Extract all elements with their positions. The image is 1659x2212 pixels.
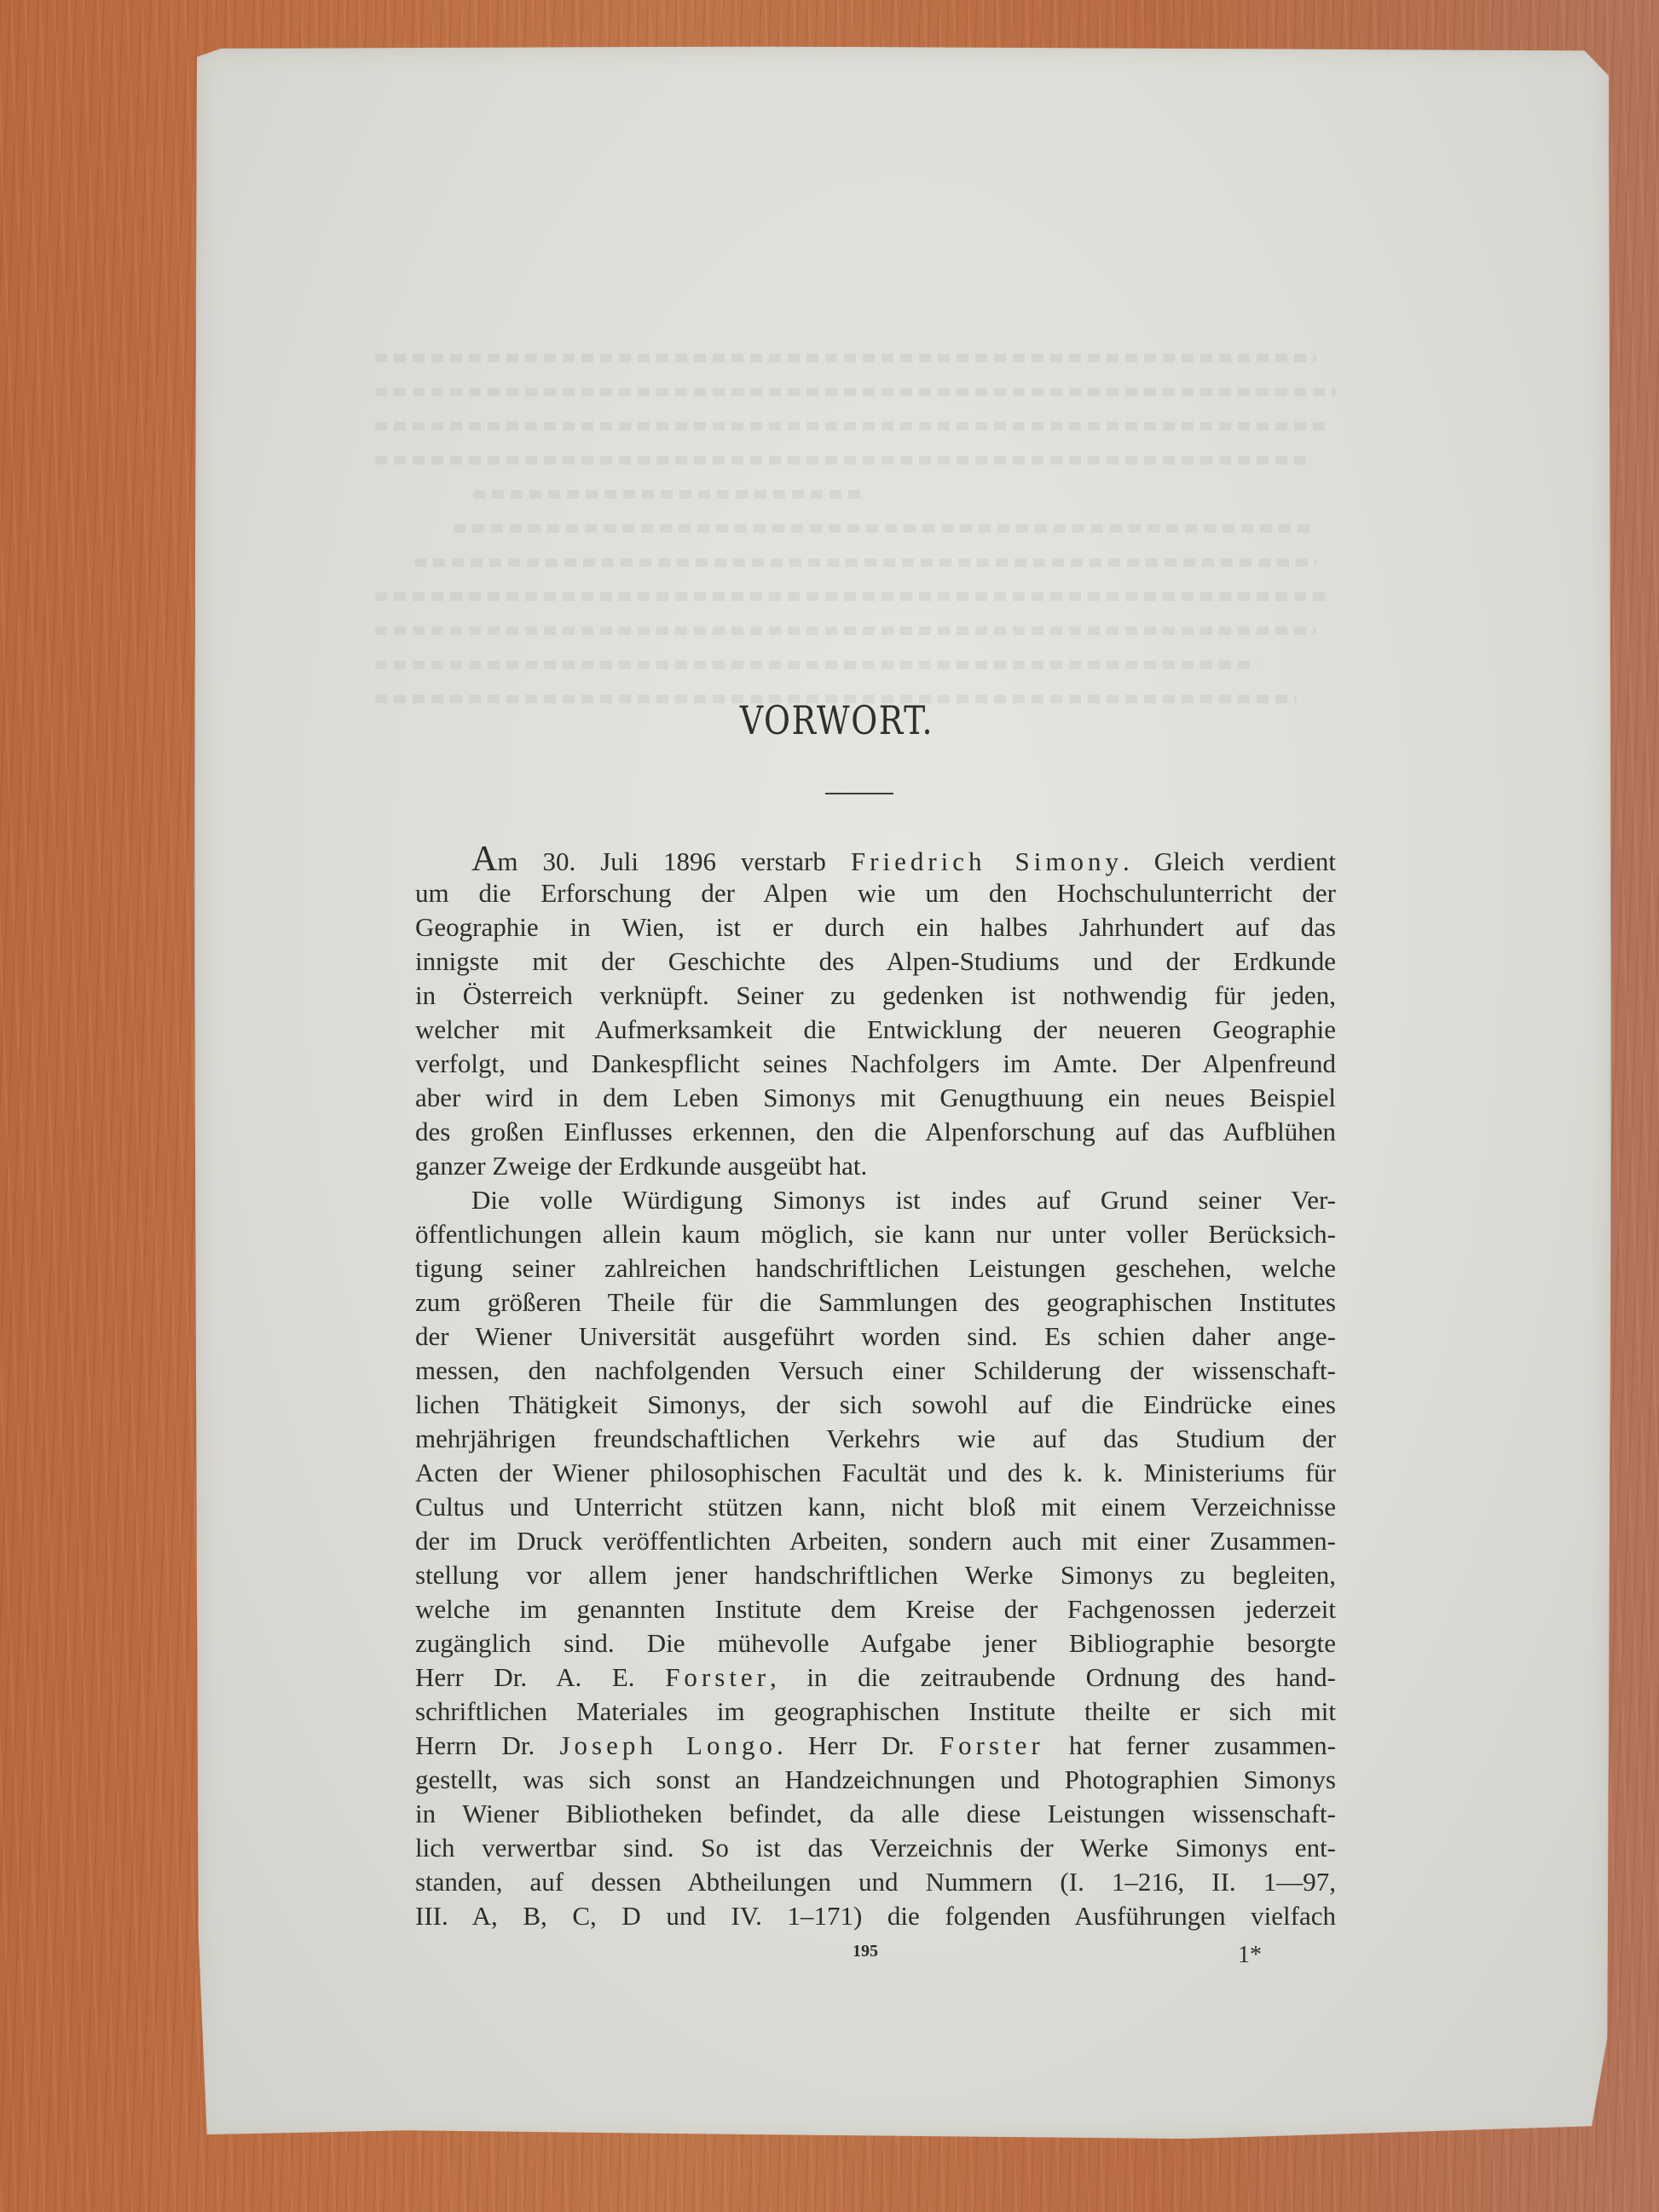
text-line: Cultus und Unterricht stützen kann, nich… xyxy=(415,1490,1336,1524)
text-line: aber wird in dem Leben Simonys mit Genug… xyxy=(415,1081,1336,1115)
text-line: innigste mit der Geschichte des Alpen-St… xyxy=(415,944,1336,979)
emphasized-name: Friedrich Simony xyxy=(851,846,1123,876)
text-line: stellung vor allem jener handschriftlich… xyxy=(415,1558,1336,1592)
bleed-through-text xyxy=(375,354,1356,729)
page-title: VORWORT. xyxy=(157,697,1517,743)
text-line: welche im genannten Institute dem Kreise… xyxy=(415,1592,1336,1626)
body-text: Am 30. Juli 1896 verstarb Friedrich Simo… xyxy=(415,842,1336,1933)
text-line: Geographie in Wien, ist er durch ein hal… xyxy=(415,910,1336,944)
ghost-line xyxy=(454,524,1316,533)
text-line: gestellt, was sich sonst an Handzeichnun… xyxy=(415,1763,1336,1797)
ghost-line xyxy=(375,354,1316,362)
text-line: lich verwertbar sind. So ist das Verzeic… xyxy=(415,1831,1336,1865)
text-line: lichen Thätigkeit Simonys, der sich sowo… xyxy=(415,1388,1336,1422)
emphasized-name: Joseph Longo xyxy=(559,1730,777,1760)
text-line: schriftlichen Materiales im geographisch… xyxy=(415,1695,1336,1729)
ghost-line xyxy=(375,422,1327,430)
text-line: ganzer Zweige der Erdkunde ausgeübt hat. xyxy=(415,1149,1336,1183)
ghost-line xyxy=(375,592,1327,601)
text-line: Acten der Wiener philosophischen Facultä… xyxy=(415,1456,1336,1490)
text-line: zum größeren Theile für die Sammlungen d… xyxy=(415,1285,1336,1320)
text-line: Herrn Dr. Joseph Longo. Herr Dr. Forster… xyxy=(415,1729,1336,1763)
ghost-line xyxy=(375,627,1316,635)
signature-mark: 1* xyxy=(1238,1942,1262,1969)
text-line: Am 30. Juli 1896 verstarb Friedrich Simo… xyxy=(415,842,1336,876)
text-line: mehrjährigen freundschaftlichen Verkehrs… xyxy=(415,1422,1336,1456)
ghost-line xyxy=(473,490,865,499)
drop-cap: A xyxy=(471,840,497,879)
text-line: zugänglich sind. Die mühevolle Aufgabe j… xyxy=(415,1626,1336,1660)
ghost-line xyxy=(375,456,1307,465)
text-line: Die volle Würdigung Simonys ist indes au… xyxy=(415,1183,1336,1217)
emphasized-name: Forster xyxy=(665,1662,770,1692)
text-line: standen, auf dessen Abtheilungen und Num… xyxy=(415,1865,1336,1899)
text-line: der im Druck veröffentlichten Arbeiten, … xyxy=(415,1524,1336,1558)
page-number: 195 xyxy=(853,1942,878,1961)
text-line: tigung seiner zahlreichen handschriftlic… xyxy=(415,1251,1336,1285)
ghost-line xyxy=(414,558,1316,567)
text-line: öffentlichungen allein kaum möglich, sie… xyxy=(415,1217,1336,1251)
title-divider xyxy=(825,793,893,794)
text-line: in Wiener Bibliotheken befindet, da alle… xyxy=(415,1797,1336,1831)
text-line: Herr Dr. A. E. Forster, in die zeitraube… xyxy=(415,1660,1336,1695)
text-line: des großen Einflusses erkennen, den die … xyxy=(415,1115,1336,1149)
ghost-line xyxy=(375,388,1336,396)
text-line: in Österreich verknüpft. Seiner zu geden… xyxy=(415,979,1336,1013)
emphasized-name: Forster xyxy=(939,1730,1044,1760)
ghost-line xyxy=(375,661,1257,669)
text-line: messen, den nachfolgenden Versuch einer … xyxy=(415,1354,1336,1388)
text-line: um die Erforschung der Alpen wie um den … xyxy=(415,876,1336,910)
text-line: welcher mit Aufmerksamkeit die Entwicklu… xyxy=(415,1013,1336,1047)
text-line: III. A, B, C, D und IV. 1–171) die folge… xyxy=(415,1899,1336,1933)
text-line: der Wiener Universität ausgeführt worden… xyxy=(415,1320,1336,1354)
text-line: verfolgt, und Dankespflicht seines Nachf… xyxy=(415,1047,1336,1081)
